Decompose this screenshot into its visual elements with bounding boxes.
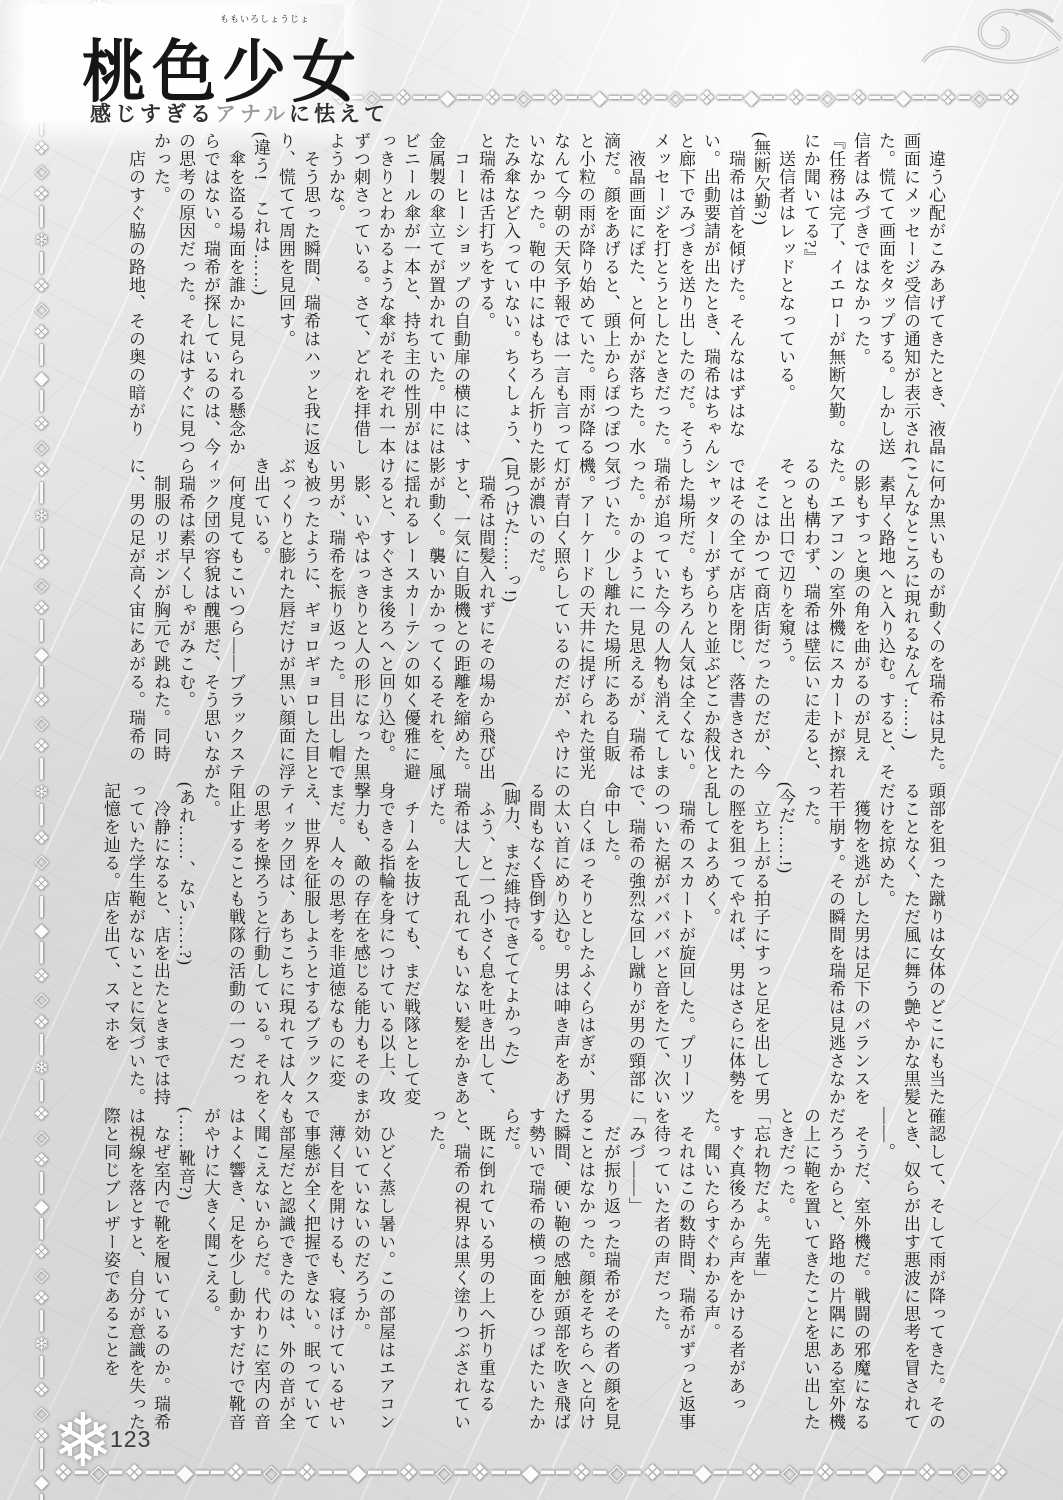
- text-paragraph: 立ち上がる拍子にすっと足を出して男の脛を狙ってやれば、男はさらに体勢を乱してよろ…: [698, 782, 773, 1110]
- text-band-4: 確認して、そして雨が降ってきた。そのとき、奴らが出す悪波に思考を冒されて――。 …: [75, 1107, 948, 1435]
- text-paragraph: そうだ、室外機だ。戦闘の邪魔になるだろうからと、路地の片隅にある室外機の上に鞄を…: [773, 1107, 873, 1435]
- text-paragraph: そこはかつて商店街だったのだが、今ではその全てが店を閉じ、落書きされたシャッター…: [523, 457, 773, 785]
- text-paragraph: 瑞希のスカートが旋回した。プリーツのついた裾がババババと音をたて、次いで、瑞希の…: [598, 782, 698, 1110]
- text-paragraph: (無断欠勤?): [748, 132, 773, 460]
- text-paragraph: 何度見てもこいつら――ブラックスティック団の容貌は醜悪だ、そう思いながら瑞希は素…: [173, 457, 248, 785]
- text-paragraph: 獲物を逃がした男は足下のバランスを若干崩す。その瞬間を瑞希は見逃さなかった。: [798, 782, 873, 1110]
- text-paragraph: 既に倒れている男の上へ折り重なると、瑞希の視界は黒く塗りつぶされていった。: [423, 1107, 498, 1435]
- text-paragraph: 確認して、そして雨が降ってきた。そのとき、奴らが出す悪波に思考を冒されて――。: [873, 1107, 948, 1435]
- text-paragraph: そう思った瞬間、瑞希はハッと我に返り、慌てて周囲を見回す。: [273, 132, 323, 460]
- ornament-chain-bottom: ❖━◇━❖━━◆━━❖━◇━❖━━◆━━❖━◇━❖━━◆━━❖━◇━❖━━◆━━…: [0, 1454, 1063, 1494]
- text-paragraph: 送信者はレッドとなっている。: [773, 132, 798, 460]
- text-paragraph: 違う心配がこみあげてきたとき、液晶画面にメッセージ受信の通知が表示された。慌てて…: [848, 132, 948, 460]
- text-paragraph: 「みづ――」: [623, 1107, 648, 1435]
- text-band-2: に何か黒いものが動くのを瑞希は見た。(こんなところに現れるなんて……) 素早く路…: [75, 457, 948, 785]
- text-paragraph: 店のすぐ脇の路地、その奥の暗がり: [123, 132, 148, 460]
- text-paragraph: (あれ……、ない……?): [173, 782, 198, 1110]
- text-paragraph: 液晶画面にぽた、と何かが落ちた。水滴だ。顔をあげると、頭上からぽつぽつと小粒の雨…: [473, 132, 648, 460]
- text-paragraph: だが振り返った瑞希がその者の顔を見ることはなかった。顔をそちらへと向けた瞬間、硬…: [498, 1107, 623, 1435]
- text-paragraph: それはこの数時間、瑞希がずっと返事を待っていた者の声だった。: [648, 1107, 698, 1435]
- text-paragraph: 薄く目を開けるも、寝ぼけているせいで事態が全く把握できない。眠っていても部屋だと…: [198, 1107, 348, 1435]
- text-paragraph: なぜ室内で靴を履いているのか。瑞希は視線を落とすと、自分が意識を失った際と同じブ…: [98, 1107, 173, 1435]
- text-paragraph: 傘を盗る場面を誰かに見られる懸念からではない。瑞希が探しているのは、今の思考の原…: [148, 132, 248, 460]
- text-paragraph: チームを抜けても、まだ戦隊として変身できる指輪を身につけている以上、攻撃力も、敵…: [198, 782, 423, 1110]
- text-paragraph: 素早く路地へと入り込む。すると、その影もすっと奥の角を曲がるのが見えた。エアコン…: [773, 457, 898, 785]
- text-paragraph: 頭部を狙った蹴りは女体のどこにも当たることなく、ただ風に舞う艶やかな黒髪だけを掠…: [873, 782, 948, 1110]
- text-paragraph: 影、いやはっきりと人の形になった黒い男が、瑞希を振り返った。目出し帽でも被ったよ…: [248, 457, 373, 785]
- ornament-chain-left: ❖◇❖┃◆┃❖◇❖┃❄┃❖◇❖┃◆┃❖◇❖┃❄┃❖◇❖┃◆┃❖◇❖┃❄┃❖◇❖┃…: [18, 0, 64, 1500]
- text-paragraph: すぐ真後ろから声をかける者があった。聞いたらすぐわかる声。: [698, 1107, 748, 1435]
- text-band-3: 頭部を狙った蹴りは女体のどこにも当たることなく、ただ風に舞う艶やかな黒髪だけを掠…: [75, 782, 948, 1110]
- text-paragraph: ふう、と一つ小さく息を吐き出して、瑞希は大して乱れてもいない髪をかきあげた。: [423, 782, 498, 1110]
- text-paragraph: 「忘れ物だよ。先輩」: [748, 1107, 773, 1435]
- text-paragraph: 瑞希は首を傾げた。そんなはずはない。出動要請が出たとき、瑞希はちゃんと廊下でみづ…: [648, 132, 748, 460]
- text-paragraph: (こんなところに現れるなんて……): [898, 457, 923, 785]
- text-paragraph: 制服のリボンが胸元で跳ねた。同時に、男の足が高く宙にあがる。瑞希の: [123, 457, 173, 785]
- subtitle-mid: アナル: [215, 103, 289, 126]
- text-paragraph: に何か黒いものが動くのを瑞希は見た。: [923, 457, 948, 785]
- text-paragraph: 『任務は完了、イエローが無断欠勤。なにか聞いてる?』: [798, 132, 848, 460]
- subtitle-post: に怯えて: [289, 103, 389, 126]
- text-paragraph: (見つけた……っ!): [498, 457, 523, 785]
- text-paragraph: 白くほっそりとしたふくらはぎが、男の太い首にめり込む。男は呻き声をあげる間もなく…: [523, 782, 598, 1110]
- book-subtitle: 感じすぎるアナルに怯えて: [90, 98, 389, 128]
- corner-flourish-icon: [903, 0, 1063, 92]
- text-band-1: 違う心配がこみあげてきたとき、液晶画面にメッセージ受信の通知が表示された。慌てて…: [75, 132, 948, 460]
- text-paragraph: (脚力、まだ維持できててよかった): [498, 782, 523, 1110]
- text-paragraph: コーヒーショップの自動扉の横には、金属製の傘立てが置かれていた。中にはビニール傘…: [323, 132, 473, 460]
- text-paragraph: 冷静になると、店を出たときまでは持っていた学生鞄がないことに気づいた。記憶を辿る…: [98, 782, 173, 1110]
- subtitle-pre: 感じすぎる: [90, 103, 215, 126]
- title-plate: ももいろしょうじょ 桃色少女 感じすぎるアナルに怯えて: [24, 4, 344, 122]
- text-paragraph: (今だ……!): [773, 782, 798, 1110]
- text-paragraph: 瑞希は間髪入れずにその場から飛び出すと、一気に自販機との距離を縮めた。影が動く。…: [373, 457, 498, 785]
- text-paragraph: (……靴音?): [173, 1107, 198, 1435]
- text-paragraph: ひどく蒸し暑い。この部屋はエアコンが効いていないのだろうか。: [348, 1107, 398, 1435]
- text-paragraph: (違う! これは……): [248, 132, 273, 460]
- text-paragraph: ​: [398, 1107, 423, 1435]
- page-number: 123: [110, 1426, 151, 1453]
